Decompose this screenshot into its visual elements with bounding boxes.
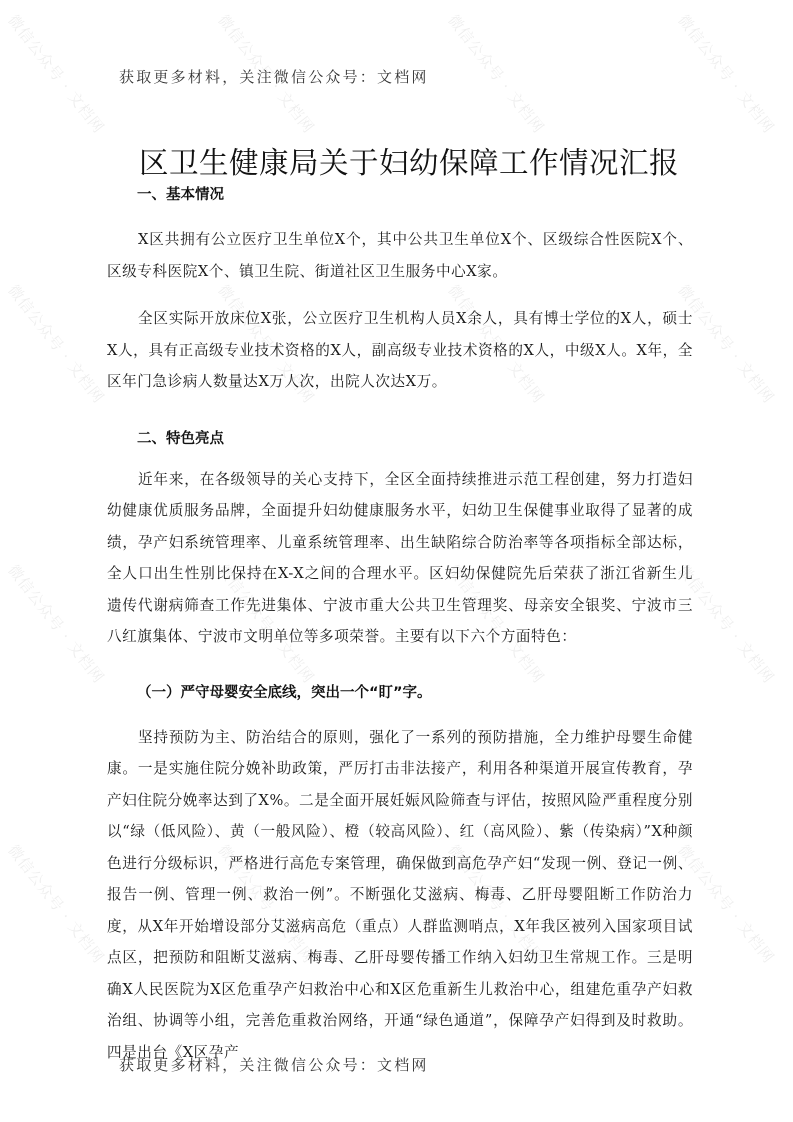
watermark: 微信公众号 · 文档网: [3, 840, 109, 967]
section-heading-highlights: 二、特色亮点: [137, 427, 693, 448]
subsection-heading-maternal-safety: （一）严守母婴安全底线，突出一个“盯”字。: [137, 681, 693, 702]
page-footer-note: 获取更多材料，关注微信公众号：文档网: [119, 1054, 429, 1075]
paragraph: 近年来，在各级领导的关心支持下，全区全面持续推进示范工程创建，努力打造妇幼健康优…: [107, 464, 693, 653]
document-body: 一、基本情况 X区共拥有公立医疗卫生单位X个，其中公共卫生单位X个、区级综合性医…: [107, 183, 693, 1068]
paragraph: 坚持预防为主、防治结合的原则，强化了一系列的预防措施，全力维护母婴生命健康。一是…: [107, 722, 693, 1069]
section-heading-basic-situation: 一、基本情况: [137, 183, 693, 204]
watermark: 微信公众号 · 文档网: [3, 560, 109, 687]
paragraph: 全区实际开放床位X张，公立医疗卫生机构人员X余人，具有博士学位的X人，硕士X人，…: [107, 303, 693, 398]
watermark: 微信公众号 · 文档网: [673, 10, 779, 137]
watermark: 微信公众号 · 文档网: [3, 280, 109, 407]
page-header-note: 获取更多材料，关注微信公众号：文档网: [119, 66, 429, 87]
watermark: 微信公众号 · 文档网: [3, 10, 109, 137]
document-title: 区卫生健康局关于妇幼保障工作情况汇报: [139, 140, 679, 182]
paragraph: X区共拥有公立医疗卫生单位X个，其中公共卫生单位X个、区级综合性医院X个、区级专…: [107, 224, 693, 287]
watermark: 微信公众号 · 文档网: [443, 10, 549, 137]
